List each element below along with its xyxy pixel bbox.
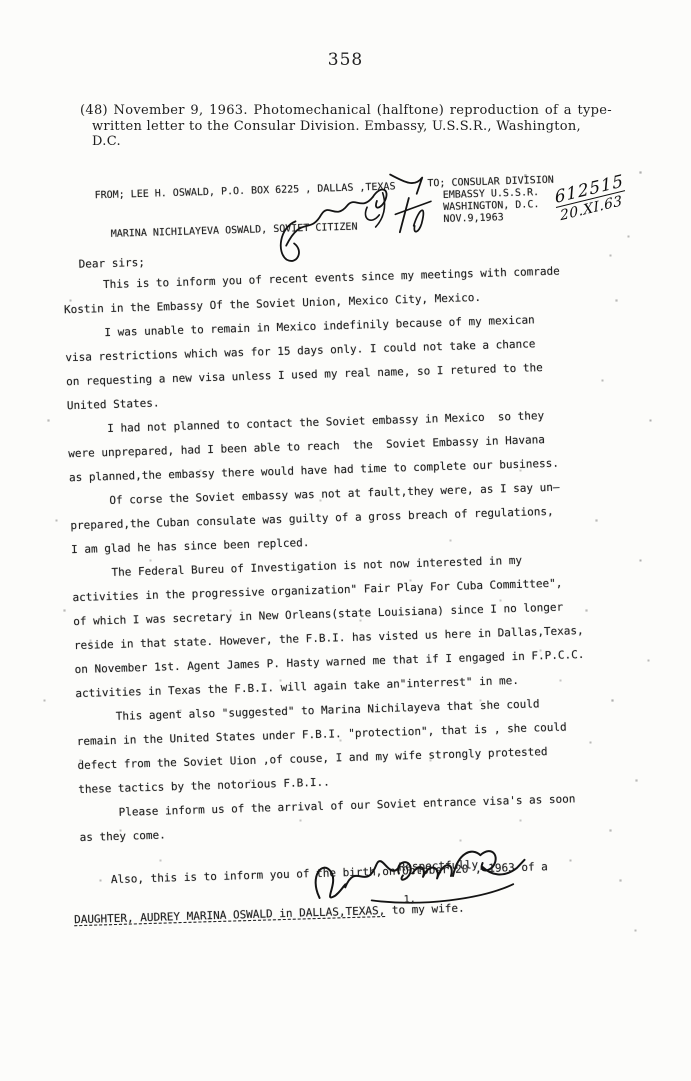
letter-to-block: TO; CONSULAR DIVISIONEMBASSY U.S.S.R.WAS… [427,175,555,227]
footnote-mark: 1, [403,894,415,905]
cyrillic-handwriting-scrawl [260,159,438,279]
exhibit-caption-line-1: (48) November 9, 1963. Photomechanical (… [80,103,612,119]
letter-body: This is to inform you of recent events s… [63,259,590,850]
oswald-signature [300,840,537,919]
scanned-document-page: 358 (48) November 9, 1963. Photomechanic… [0,0,691,1081]
salutation: Dear sirs; [78,256,145,271]
halftone-letter-reproduction: FROM; LEE H. OSWALD, P.O. BOX 6225 , DAL… [0,138,691,958]
to-line: NOV.9,1963 [428,211,555,227]
page-number: 358 [0,50,691,70]
halftone-noise-speckles [0,0,1,1]
handwritten-registry-mark: 612515 20.XI.63 [554,172,626,225]
